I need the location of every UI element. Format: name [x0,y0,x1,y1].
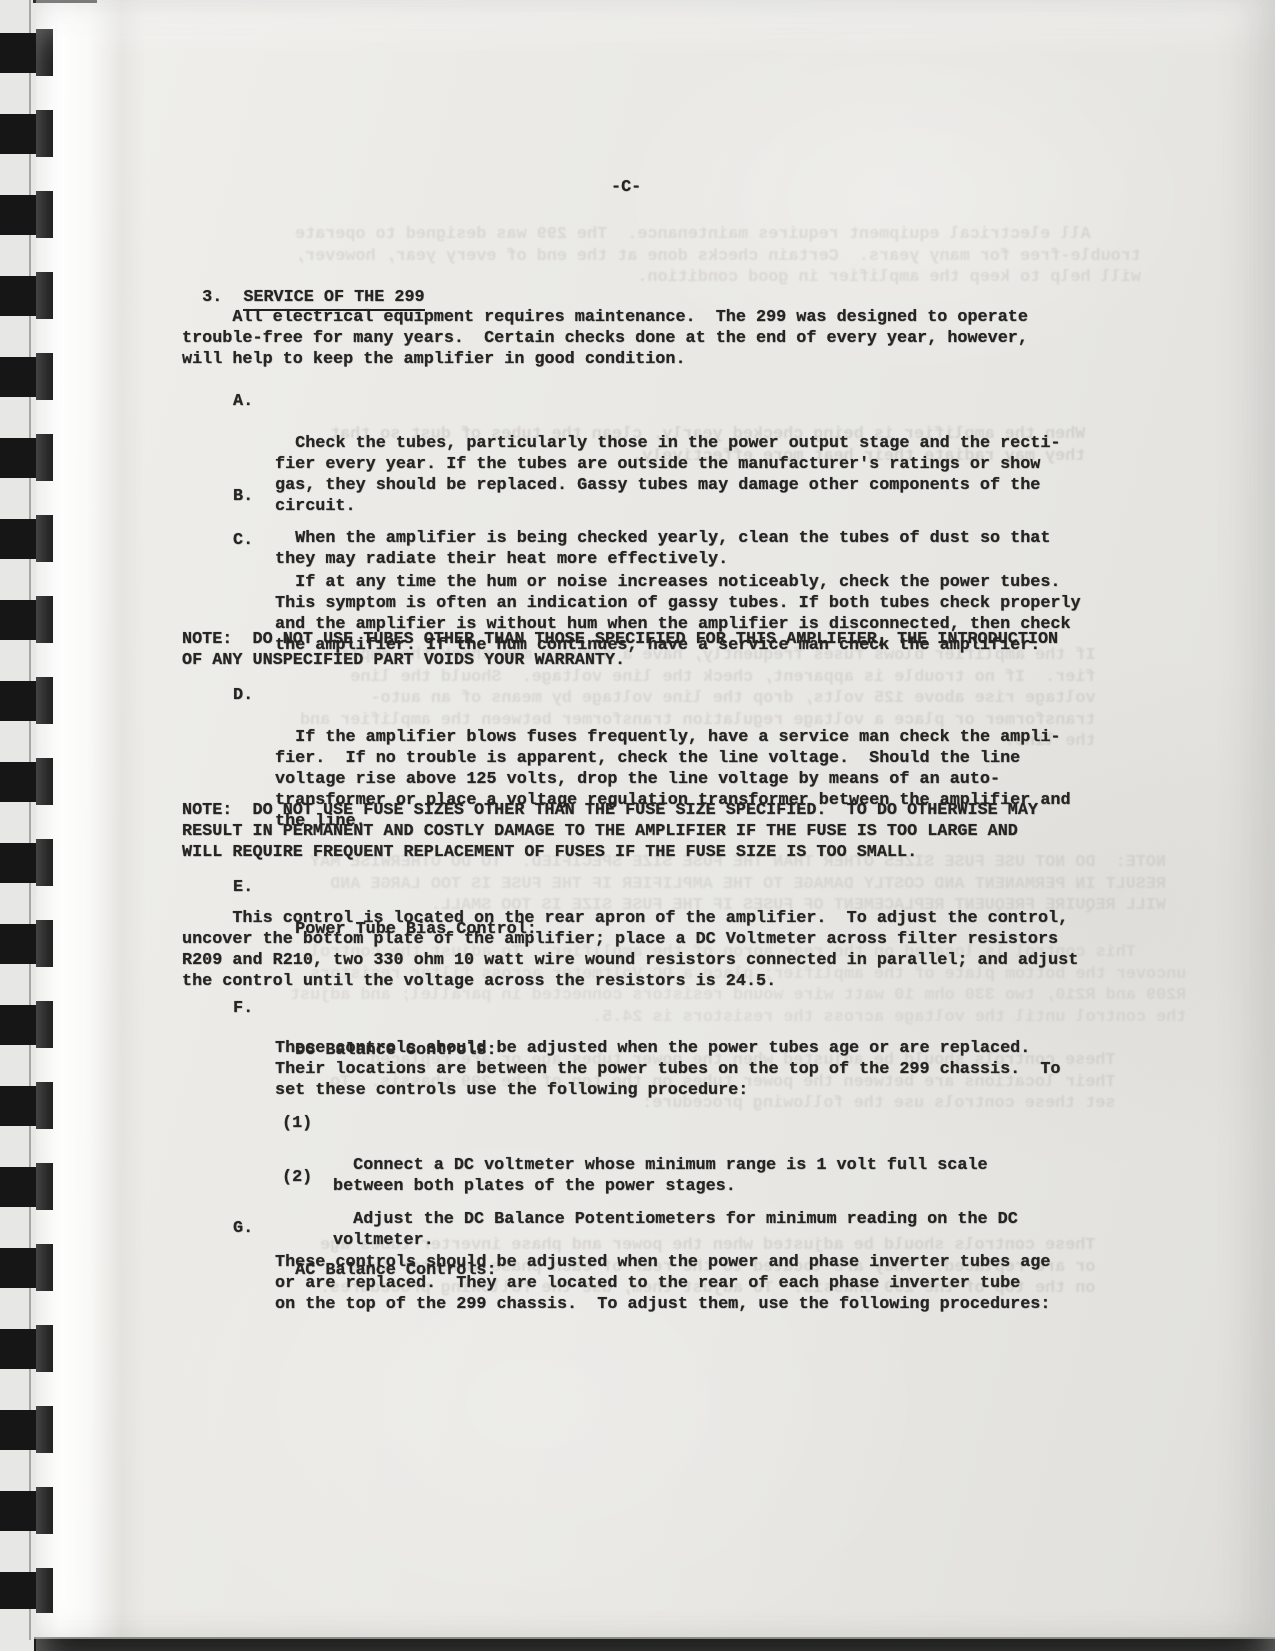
section-heading: 3.SERVICE OF THE 299 [182,266,425,311]
procedure-step-1-number: (1) [282,1113,312,1134]
note-tubes: NOTE: DO NOT USE TUBES OTHER THAN THOSE … [182,629,1058,671]
list-item-c-label: C. [233,530,253,551]
scan-bottom-edge [34,1637,1275,1651]
note-fuses: NOTE: DO NOT USE FUSE SIZES OTHER THAN T… [182,800,1038,863]
comb-binding-teeth [0,33,38,1609]
list-item-b-label: B. [233,486,253,507]
list-item-e-label: E. [233,877,253,898]
ac-balance-paragraph: These controls should be adjusted when t… [275,1252,1050,1315]
bias-control-paragraph: This control is located on the rear apro… [182,908,1078,992]
page-number: -C- [611,177,641,198]
procedure-step-2-number: (2) [282,1167,312,1188]
comb-binding-teeth-tabs [36,29,53,1613]
list-item-g-label: G. [233,1218,253,1239]
dc-balance-paragraph: These controls should be adjusted when t… [275,1038,1061,1101]
section-number: 3. [202,288,222,307]
list-item-f-label: F. [233,998,253,1019]
list-item-d-label: D. [233,685,253,706]
list-item-a-label: A. [233,391,253,412]
scan-top-edge [33,0,97,3]
intro-paragraph: All electrical equipment requires mainte… [182,307,1028,370]
